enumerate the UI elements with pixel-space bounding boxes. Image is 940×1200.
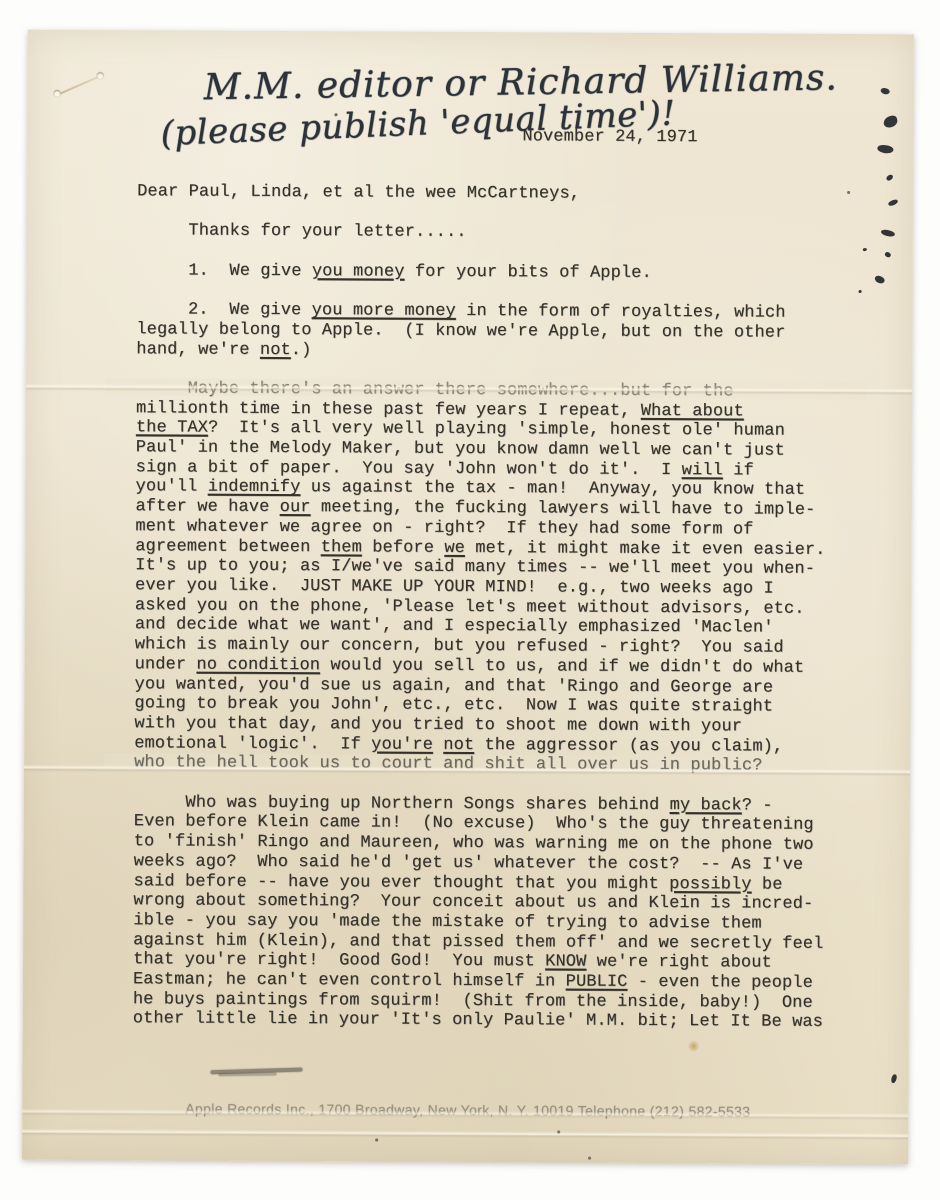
typed-text: and decide what we want', and I especial… (135, 616, 774, 638)
underlined-text: the TAX (136, 419, 208, 438)
paragraph: Maybe there's an answer there somewhere.… (134, 379, 856, 777)
typed-text: weeks ago? Who said he'd 'get us' whatev… (134, 852, 804, 875)
typed-text: ? - (742, 796, 773, 815)
underlined-text: PUBLIC (566, 973, 628, 992)
underlined-text: KNOW (545, 953, 586, 972)
typed-text: going to break you John', etc., etc. Now… (134, 694, 773, 716)
letterhead-footer: Apple Records Inc., 1700 Broadway, New Y… (185, 1101, 805, 1120)
typed-text: he buys paintings from squirm! (Shit fro… (133, 990, 813, 1013)
underlined-text: you're (371, 735, 433, 754)
typed-text: who the hell took us to court and shit a… (134, 754, 762, 776)
underlined-text: no condition (196, 655, 320, 675)
ink-speck (874, 274, 886, 285)
ink-speck (891, 1074, 898, 1084)
typed-text: said before -- have you ever thought tha… (133, 872, 669, 894)
typed-text: sign a bit of paper. You say 'John won't… (136, 458, 682, 480)
underlined-text: them (321, 538, 362, 557)
staple-scratch (59, 75, 100, 95)
ink-speck (375, 1139, 378, 1142)
staple-hole (54, 90, 61, 97)
typed-text (433, 735, 443, 754)
typed-line: who the hell took us to court and shit a… (134, 754, 854, 777)
typed-text: Paul' in the Melody Maker, but you know … (136, 438, 785, 460)
typed-text: other little lie in your 'It's only Paul… (133, 1010, 823, 1033)
typed-text: agreement between (135, 537, 321, 557)
typed-text: It's up to you; as I/we've said many tim… (135, 557, 815, 580)
underlined-text: our (280, 498, 311, 517)
typed-text: .) (291, 341, 312, 360)
ink-speck (863, 248, 867, 251)
ink-smudge (218, 1072, 276, 1075)
underlined-text: will (682, 461, 723, 480)
typed-text: wrong about something? Your conceit abou… (133, 891, 813, 914)
typed-text: met, it might make it even easier. (465, 539, 826, 560)
ink-speck (884, 251, 892, 259)
typed-text: would you sell to us, and if we didn't d… (320, 656, 804, 678)
typed-text: Even before Klein came in! (No excuse) W… (134, 813, 814, 836)
paragraph: Who was buying up Northern Songs shares … (133, 793, 854, 1033)
ink-speck (859, 290, 862, 293)
typed-text: you wanted, you'd sue us again, and that… (134, 675, 773, 697)
typed-text: in the form of royalties, which (456, 302, 786, 323)
typed-text: 2. We give (136, 300, 311, 320)
date-line: November 24, 1971 (522, 127, 697, 148)
typed-line: hand, we're not.) (136, 340, 856, 363)
typed-text: hand, we're (136, 340, 260, 360)
paragraph: 2. We give you more money in the form of… (136, 300, 856, 363)
typed-text: asked you on the phone, 'Please let's me… (135, 596, 805, 619)
ink-speck (888, 199, 899, 207)
typed-text: Maybe there's an answer there somewhere.… (136, 379, 734, 401)
underlined-text: possibly (669, 875, 752, 894)
typed-text: Dear Paul, Linda, et al the wee McCartne… (137, 182, 580, 203)
scan-background: { "letter": { "annotation": { "line1": "… (0, 0, 940, 1200)
typed-text: we're right about (586, 953, 772, 973)
typed-text: after we have (135, 497, 279, 517)
typed-text: ment whatever we agree on - right? If th… (135, 517, 753, 539)
ink-speck (877, 144, 894, 155)
paragraph: Thanks for your letter..... (137, 222, 857, 245)
ink-speck (847, 191, 850, 194)
typed-text: you'll (136, 478, 208, 497)
staple-hole (97, 72, 104, 79)
letter-body: Dear Paul, Linda, et al the wee McCartne… (133, 182, 857, 1033)
underlined-text: not (260, 340, 291, 359)
underlined-text: What about (641, 402, 744, 422)
underlined-text: not (443, 735, 474, 754)
typed-text: before (362, 538, 445, 557)
ink-speck (880, 228, 895, 237)
typed-text: meeting, the fucking lawyers will have t… (311, 498, 816, 520)
typed-text: ever you like. JUST MAKE UP YOUR MIND! e… (135, 576, 774, 598)
underlined-text: my back (670, 796, 742, 815)
typed-text: ible - you say you 'made the mistake of … (133, 911, 761, 933)
ink-speck (880, 87, 891, 96)
ink-speck (885, 174, 894, 182)
typed-text: under (135, 655, 197, 674)
typed-text: us against the tax - man! Anyway, you kn… (300, 479, 805, 501)
typed-text: which is mainly our concern, but you ref… (135, 635, 784, 657)
typed-text: with you that day, and you tried to shoo… (134, 714, 742, 736)
typed-text: that you're right! Good God! You must (133, 951, 545, 972)
letter-page: M.M. editor or Richard Williams. (please… (22, 30, 914, 1165)
typed-text: Thanks for your letter..... (137, 222, 467, 243)
fold-crease (22, 1129, 908, 1141)
underlined-text: indemnify (208, 478, 301, 497)
underlined-text: we (444, 538, 465, 557)
typed-line: Dear Paul, Linda, et al the wee McCartne… (137, 182, 857, 205)
typed-text: 1. We give (137, 261, 312, 281)
typed-text: - even the people (627, 973, 813, 993)
typed-text: for your bits of Apple. (405, 262, 652, 282)
typed-line: other little lie in your 'It's only Paul… (133, 1010, 853, 1033)
ink-speck (882, 115, 898, 129)
paragraph: Dear Paul, Linda, et al the wee McCartne… (137, 182, 857, 205)
typed-line: 1. We give you money for your bits of Ap… (137, 261, 857, 284)
typed-text: be (752, 875, 783, 894)
typed-text: legally belong to Apple. (I know we're A… (136, 320, 785, 342)
ink-speck (557, 1130, 560, 1133)
typed-text: emotional 'logic'. If (134, 734, 371, 754)
typed-text: Eastman; he can't even control himself i… (133, 970, 566, 991)
typed-text: if (723, 461, 754, 480)
typed-text: millionth time in these past few years I… (136, 399, 641, 421)
paragraph: 1. We give you money for your bits of Ap… (137, 261, 857, 284)
typed-text: against him (Klein), and that pissed the… (133, 931, 823, 954)
typed-text: the aggressor (as you claim), (474, 736, 783, 757)
paper-stain (688, 1040, 700, 1052)
typed-text: to 'finish' Ringo and Maureen, who was w… (134, 832, 814, 855)
typed-text: ? It's all very well playing 'simple, ho… (208, 419, 785, 441)
typed-text: Who was buying up Northern Songs shares … (134, 793, 670, 815)
underlined-text: you more money (312, 301, 456, 321)
ink-speck (588, 1157, 591, 1160)
underlined-text: you money (312, 262, 405, 281)
typed-line: Thanks for your letter..... (137, 222, 857, 245)
